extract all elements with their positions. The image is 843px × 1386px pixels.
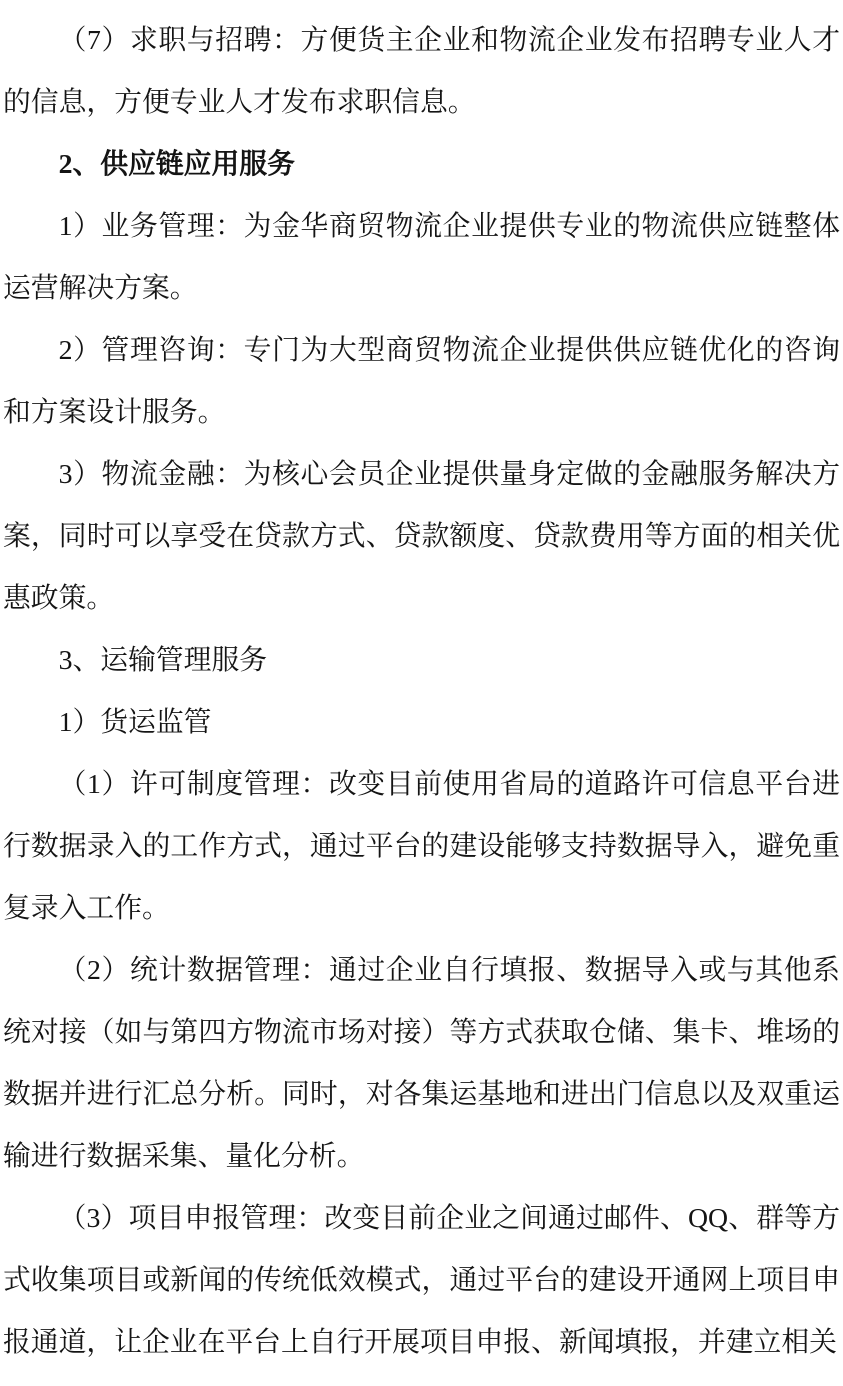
heading-transport-management-services: 3、运输管理服务 xyxy=(3,630,840,692)
heading-supply-chain-application-services: 2、供应链应用服务 xyxy=(3,134,840,196)
paragraph-job-recruitment: （7）求职与招聘：方便货主企业和物流企业发布招聘专业人才的信息，方便专业人才发布… xyxy=(3,10,840,134)
paragraph-business-management: 1）业务管理：为金华商贸物流企业提供专业的物流供应链整体运营解决方案。 xyxy=(3,196,840,320)
paragraph-logistics-finance: 3）物流金融：为核心会员企业提供量身定做的金融服务解决方案，同时可以享受在贷款方… xyxy=(3,444,840,630)
paragraph-statistical-data-management: （2）统计数据管理：通过企业自行填报、数据导入或与其他系统对接（如与第四方物流市… xyxy=(3,940,840,1188)
paragraph-project-application-management: （3）项目申报管理：改变目前企业之间通过邮件、QQ、群等方式收集项目或新闻的传统… xyxy=(3,1188,840,1374)
document-page: （7）求职与招聘：方便货主企业和物流企业发布招聘专业人才的信息，方便专业人才发布… xyxy=(0,0,843,1386)
subheading-freight-supervision: 1）货运监管 xyxy=(3,692,840,754)
paragraph-permit-system-management: （1）许可制度管理：改变目前使用省局的道路许可信息平台进行数据录入的工作方式，通… xyxy=(3,754,840,940)
paragraph-management-consulting: 2）管理咨询：专门为大型商贸物流企业提供供应链优化的咨询和方案设计服务。 xyxy=(3,320,840,444)
